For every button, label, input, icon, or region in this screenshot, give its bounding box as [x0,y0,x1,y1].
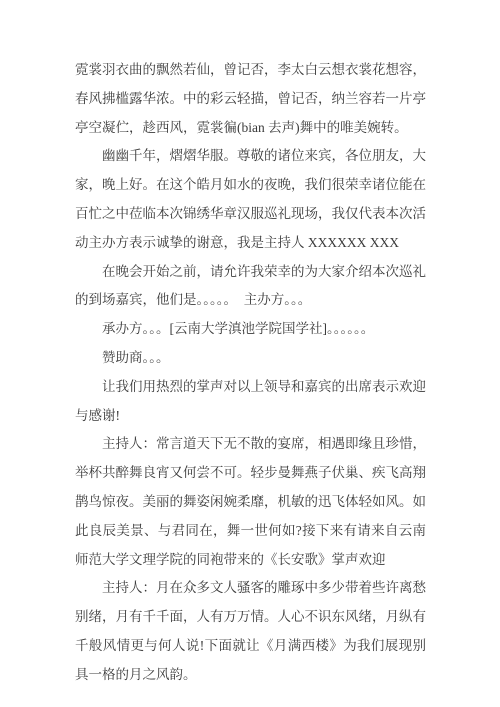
paragraph: 幽幽千年，熠熠华服。尊敬的诸位来宾，各位朋友，大家，晚上好。在这个皓月如水的夜晚… [75,142,426,257]
paragraph: 在晚会开始之前，请允许我荣幸的为大家介绍本次巡礼的到场嘉宾，他们是。。。。。 主… [75,258,426,316]
paragraph: 主持人：常言道天下无不散的宴席，相遇即缘且珍惜，举杯共醉舞良宵又何尝不可。轻步曼… [75,430,426,574]
paragraph: 承办方。。。[云南大学滇池学院国学社]。。。。。。 [75,315,426,344]
paragraph: 主持人：月在众多文人骚客的雕琢中多少带着些许离愁别绪，月有千千面，人有万万情。人… [75,574,426,689]
document-body: 霓裳羽衣曲的飘然若仙，曾记否，李太白云想衣裳花想容，春风拂槛露华浓。中的彩云轻描… [0,0,500,690]
paragraph: 霓裳羽衣曲的飘然若仙，曾记否，李太白云想衣裳花想容，春风拂槛露华浓。中的彩云轻描… [75,56,426,142]
document-page: 霓裳羽衣曲的飘然若仙，曾记否，李太白云想衣裳花想容，春风拂槛露华浓。中的彩云轻描… [0,0,500,707]
paragraph: 赞助商。。。 [75,344,426,373]
paragraph: 让我们用热烈的掌声对以上领导和嘉宾的出席表示欢迎与感谢! [75,373,426,431]
